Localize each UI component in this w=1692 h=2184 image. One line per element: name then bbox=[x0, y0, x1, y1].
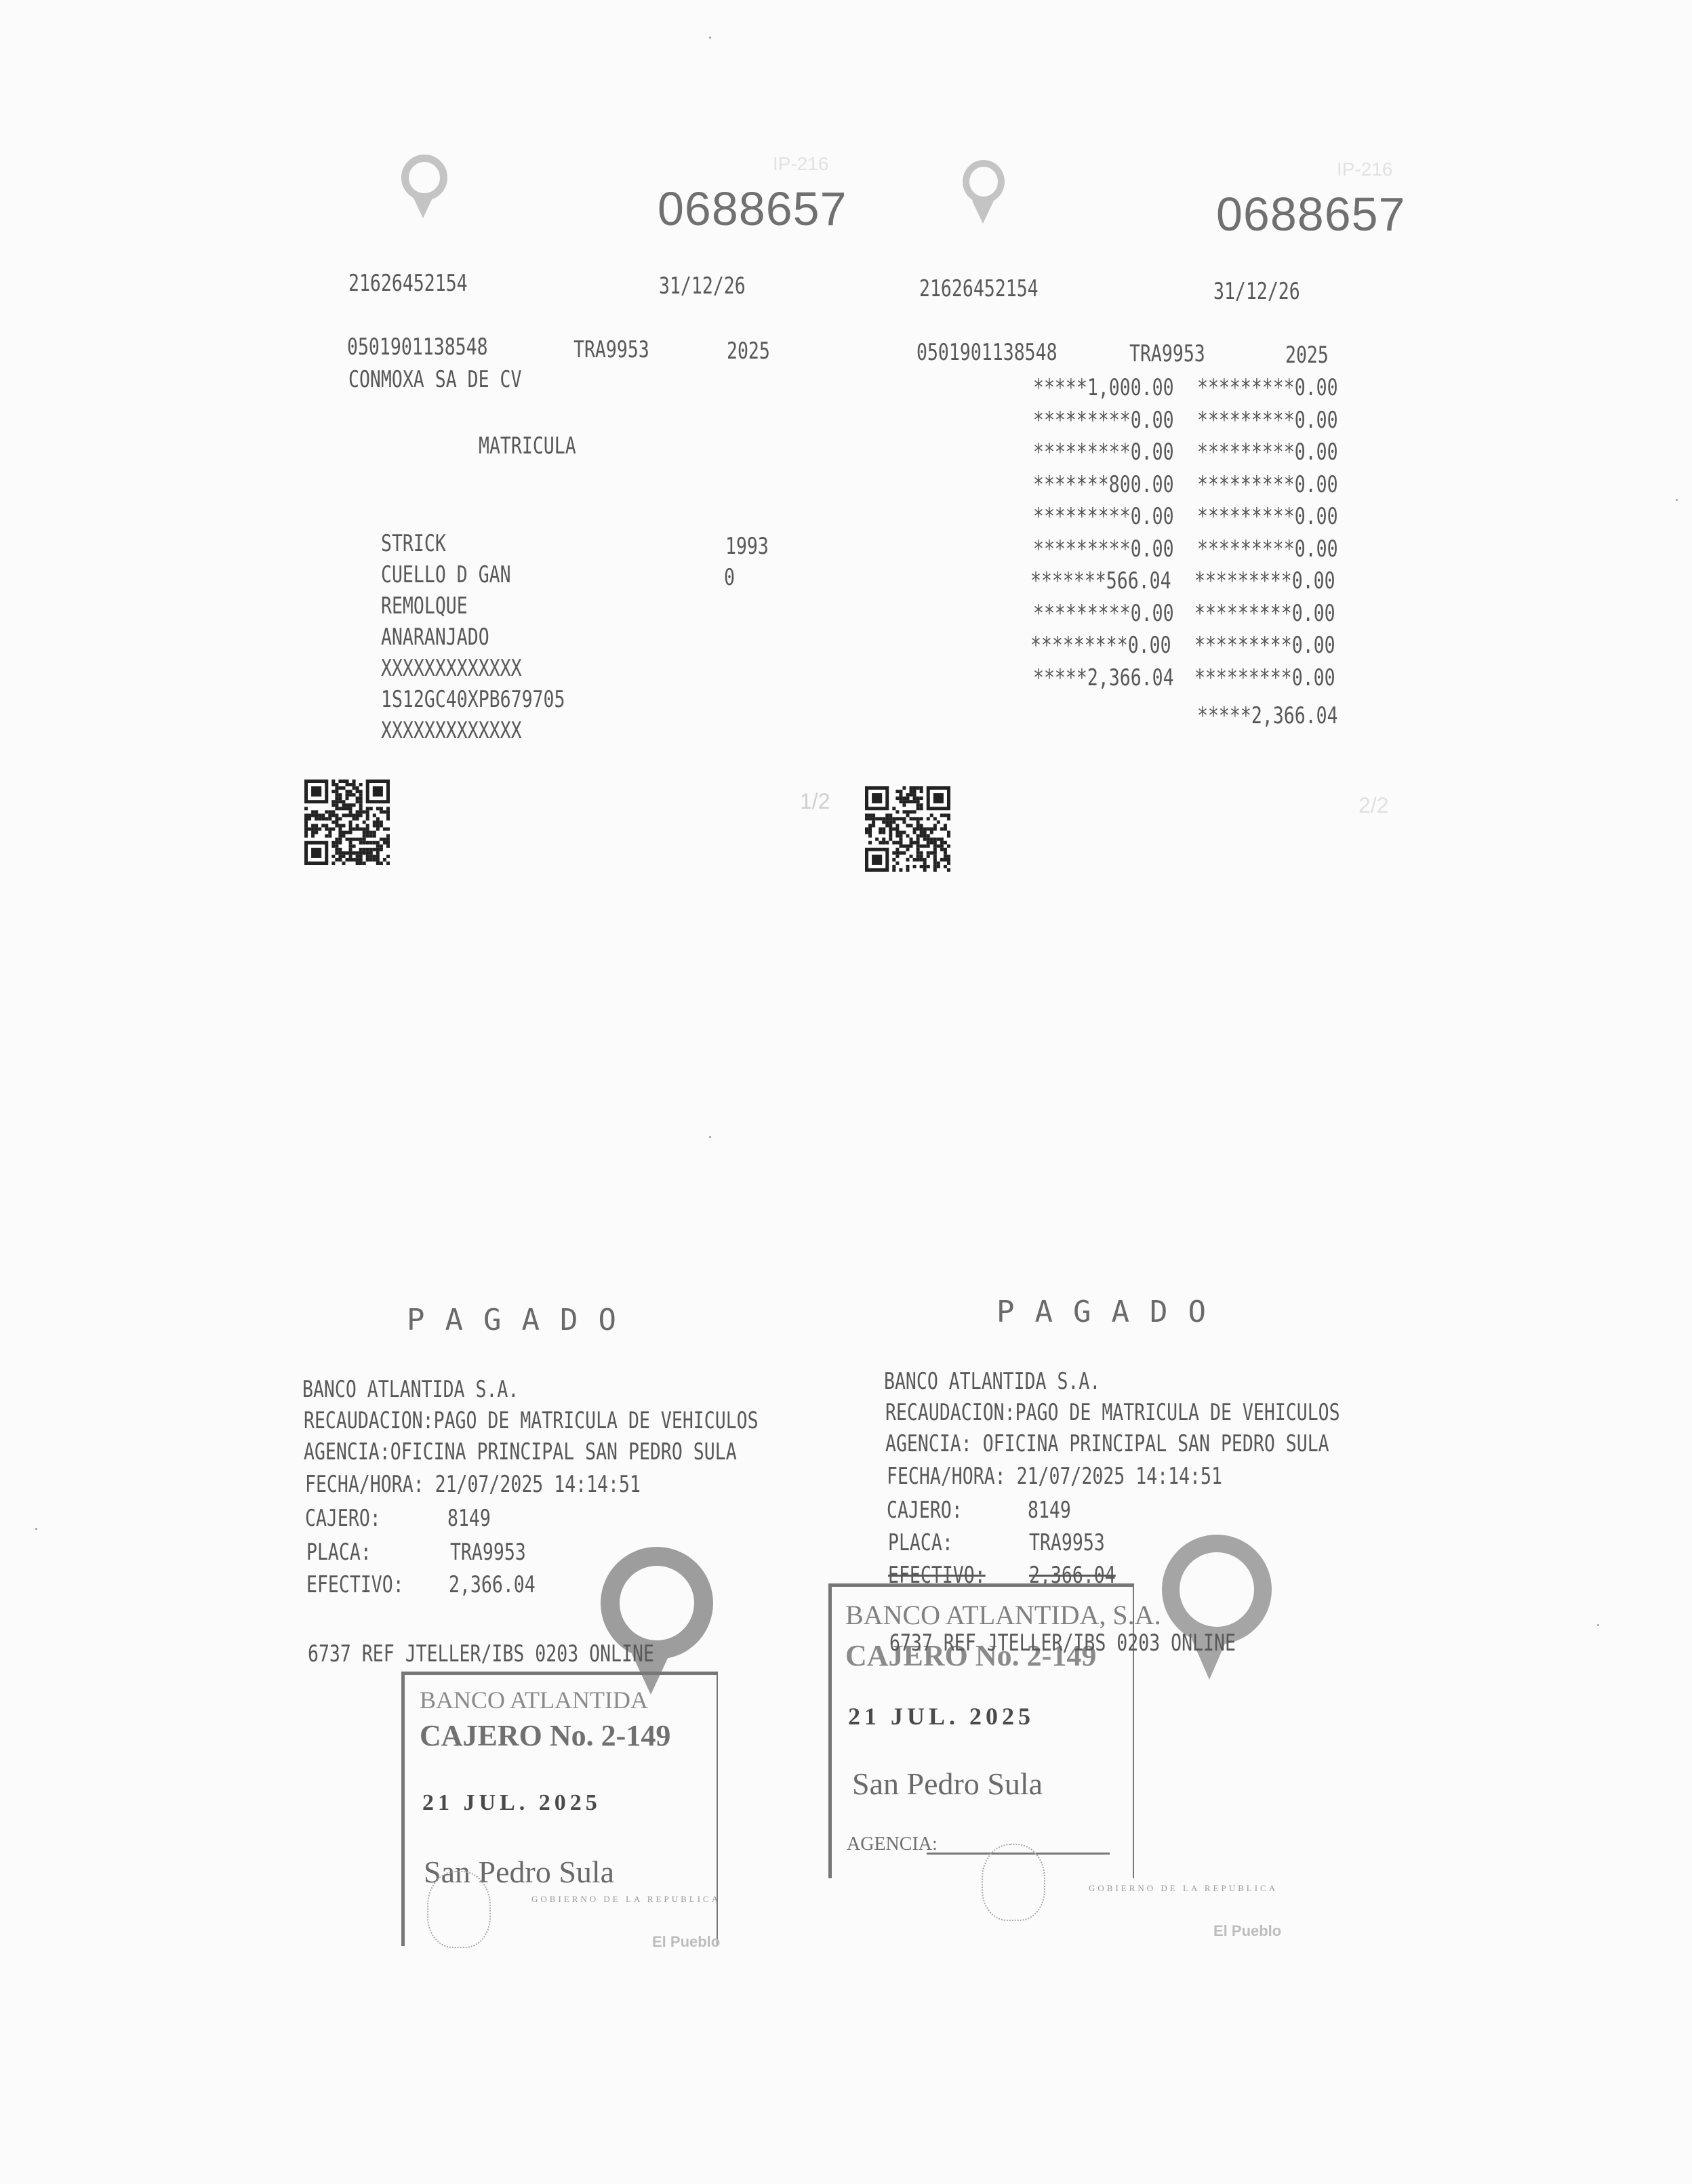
plate-value: TRA9953 bbox=[450, 1539, 526, 1566]
year: 2025 bbox=[1285, 342, 1329, 369]
scan-speck bbox=[1597, 1624, 1599, 1626]
qr-code bbox=[865, 786, 950, 872]
amount-charged: *******800.00 bbox=[1033, 471, 1174, 498]
collection-type: RECAUDACION:PAGO DE MATRICULA DE VEHICUL… bbox=[304, 1407, 759, 1434]
stamp-agency-label: AGENCIA: bbox=[847, 1834, 938, 1855]
amount-charged: *****1,000.00 bbox=[1033, 374, 1174, 401]
scan-speck bbox=[709, 37, 711, 39]
plate: TRA9953 bbox=[1129, 340, 1205, 367]
form-code: IP-216 bbox=[1337, 159, 1393, 180]
vehicle-color: ANARANJADO bbox=[381, 624, 489, 651]
vehicle-model-value: 0 bbox=[724, 564, 735, 591]
seal-text: GOBIERNO DE LA REPUBLICA bbox=[1089, 1883, 1278, 1894]
transaction-reference: 6737 REF JTELLER/IBS 0203 ONLINE bbox=[889, 1630, 1236, 1657]
cashier-label: CAJERO: bbox=[887, 1497, 963, 1524]
vehicle-brand: STRICK bbox=[381, 530, 446, 557]
amount-charged: *********0.00 bbox=[1033, 503, 1174, 530]
seal-text: GOBIERNO DE LA REPUBLICA bbox=[531, 1894, 721, 1905]
amount-discount: *********0.00 bbox=[1197, 535, 1338, 563]
paid-status: PAGADO bbox=[996, 1295, 1226, 1329]
amount-discount: *********0.00 bbox=[1194, 600, 1335, 627]
id-number: 0501901138548 bbox=[347, 333, 488, 361]
seal-slogan: El Pueblo bbox=[1213, 1922, 1281, 1940]
expiry-date: 31/12/26 bbox=[1213, 278, 1300, 305]
cashier-value: 8149 bbox=[447, 1505, 491, 1532]
year: 2025 bbox=[727, 338, 770, 365]
stamp-bank: BANCO ATLANTIDA, S.A. bbox=[845, 1599, 1161, 1631]
vehicle-type: REMOLQUE bbox=[381, 592, 468, 620]
amount-charged: *****2,366.04 bbox=[1033, 664, 1174, 691]
stamp-city: San Pedro Sula bbox=[852, 1766, 1043, 1802]
paid-status: PAGADO bbox=[407, 1303, 637, 1337]
amount-discount: *********0.00 bbox=[1197, 407, 1338, 434]
cashier-value: 8149 bbox=[1028, 1497, 1071, 1524]
cashier-label: CAJERO: bbox=[305, 1505, 381, 1532]
account-number: 21626452154 bbox=[919, 275, 1039, 302]
amount-charged: *********0.00 bbox=[1033, 407, 1174, 434]
bank-name: BANCO ATLANTIDA S.A. bbox=[302, 1376, 519, 1403]
agency: AGENCIA:OFICINA PRINCIPAL SAN PEDRO SULA bbox=[304, 1438, 737, 1465]
amount-charged: *******566.04 bbox=[1030, 567, 1171, 594]
plate: TRA9953 bbox=[573, 336, 649, 363]
page-indicator: 2/2 bbox=[1358, 793, 1388, 818]
coat-of-arms-icon bbox=[982, 1844, 1045, 1921]
plate-label: PLACA: bbox=[888, 1529, 953, 1556]
stamp-bank: BANCO ATLANTIDA bbox=[420, 1686, 648, 1714]
amount-discount: *********0.00 bbox=[1194, 632, 1335, 659]
folio-number: 0688657 bbox=[1216, 187, 1406, 241]
stamp-cashier: CAJERO No. 2-149 bbox=[420, 1718, 670, 1753]
form-code: IP-216 bbox=[773, 153, 829, 175]
coat-of-arms-icon bbox=[427, 1871, 491, 1948]
scan-speck bbox=[1676, 499, 1678, 501]
cash-value: 2,366.04 bbox=[449, 1571, 536, 1598]
scan-speck bbox=[709, 1136, 711, 1138]
vehicle-vin: 1S12GC40XPB679705 bbox=[381, 686, 565, 713]
qr-code bbox=[304, 780, 390, 865]
amount-charged: *********0.00 bbox=[1033, 439, 1174, 466]
seal-slogan: El Pueblo bbox=[652, 1933, 720, 1951]
transaction-reference: 6737 REF JTELLER/IBS 0203 ONLINE bbox=[308, 1640, 654, 1667]
cash-label: EFECTIVO: bbox=[306, 1571, 404, 1598]
amount-discount: *********0.00 bbox=[1194, 567, 1335, 594]
stamp-date: 21 JUL. 2025 bbox=[848, 1702, 1034, 1731]
datetime: FECHA/HORA: 21/07/2025 14:14:51 bbox=[305, 1471, 641, 1498]
bank-stamp: BANCO ATLANTIDA, S.A. CAJERO No. 2-149 2… bbox=[828, 1583, 1134, 1878]
amount-discount: *********0.00 bbox=[1197, 374, 1338, 401]
total-amount: *****2,366.04 bbox=[1197, 702, 1338, 729]
scan-speck bbox=[35, 1528, 37, 1530]
vehicle-chassis: XXXXXXXXXXXXX bbox=[381, 717, 522, 744]
datetime: FECHA/HORA: 21/07/2025 14:14:51 bbox=[887, 1463, 1222, 1490]
amount-discount: *********0.00 bbox=[1197, 471, 1338, 498]
plate-label: PLACA: bbox=[306, 1539, 371, 1566]
vehicle-motor: XXXXXXXXXXXXX bbox=[381, 655, 522, 682]
account-number: 21626452154 bbox=[348, 270, 468, 297]
amount-charged: *********0.00 bbox=[1033, 535, 1174, 563]
bank-name: BANCO ATLANTIDA S.A. bbox=[884, 1368, 1100, 1395]
agency: AGENCIA: OFICINA PRINCIPAL SAN PEDRO SUL… bbox=[885, 1430, 1329, 1457]
vehicle-model: CUELLO D GAN bbox=[381, 561, 511, 588]
vehicle-year: 1993 bbox=[725, 533, 769, 560]
collection-type: RECAUDACION:PAGO DE MATRICULA DE VEHICUL… bbox=[885, 1399, 1340, 1426]
page-indicator: 1/2 bbox=[800, 789, 830, 814]
amount-discount: *********0.00 bbox=[1197, 439, 1338, 466]
amount-charged: *********0.00 bbox=[1033, 600, 1174, 627]
amount-discount: *********0.00 bbox=[1194, 664, 1335, 691]
concept: MATRICULA bbox=[479, 432, 576, 460]
amount-discount: *********0.00 bbox=[1197, 503, 1338, 530]
expiry-date: 31/12/26 bbox=[659, 272, 746, 300]
id-number: 0501901138548 bbox=[916, 339, 1057, 366]
owner-name: CONMOXA SA DE CV bbox=[348, 366, 521, 393]
amount-charged: *********0.00 bbox=[1030, 632, 1171, 659]
plate-value: TRA9953 bbox=[1029, 1529, 1105, 1556]
folio-number: 0688657 bbox=[658, 182, 847, 236]
stamp-date: 21 JUL. 2025 bbox=[422, 1790, 601, 1816]
